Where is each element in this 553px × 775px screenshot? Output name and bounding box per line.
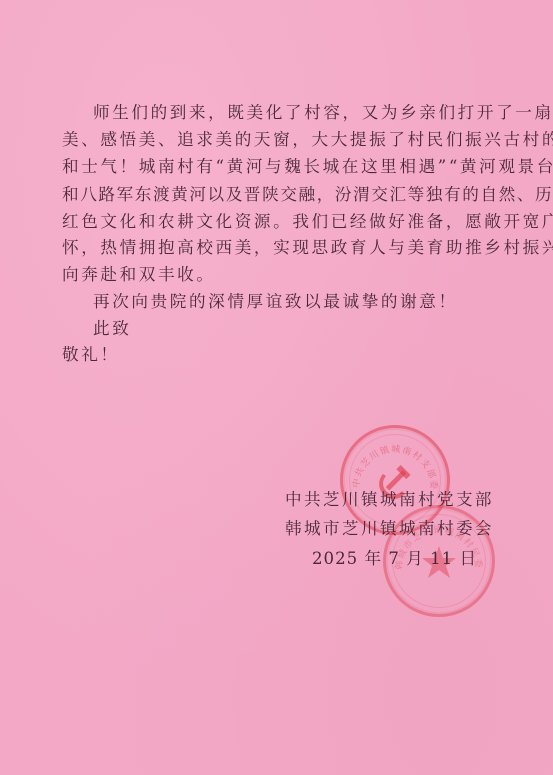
signature-date: 2025 年 7 月 11 日: [312, 549, 477, 569]
salutation-jingli: 敬礼！: [62, 345, 502, 365]
body-line-5: 红色文化和农耕文化资源。我们已经做好准备，愿敞开宽广的胸: [62, 212, 502, 232]
signature-village-committee: 韩城市芝川镇城南村委会: [285, 519, 494, 539]
body-line-2: 美、感悟美、追求美的天窗，大大提振了村民们振兴古村的信心: [62, 130, 502, 150]
body-line-6: 怀，热情拥抱高校西美，实现思政育人与美育助推乡村振兴的双: [62, 238, 502, 258]
signature-party-branch: 中共芝川镇城南村党支部: [285, 490, 494, 510]
body-line-7: 向奔赴和双丰收。: [62, 265, 502, 285]
closing-thanks: 再次向贵院的深情厚谊致以最诚挚的谢意！: [93, 292, 533, 312]
letter-page: 师生们的到来，既美化了村容，又为乡亲们打开了一扇发现 美、感悟美、追求美的天窗，…: [0, 0, 553, 775]
body-line-1: 师生们的到来，既美化了村容，又为乡亲们打开了一扇发现: [93, 103, 533, 123]
body-line-3: 和士气！城南村有“黄河与魏长城在这里相遇”“黄河观景台”: [62, 157, 502, 177]
body-line-4: 和八路军东渡黄河以及晋陕交融，汾渭交汇等独有的自然、历史、: [62, 185, 502, 205]
salutation-cizhi: 此致: [93, 319, 533, 339]
